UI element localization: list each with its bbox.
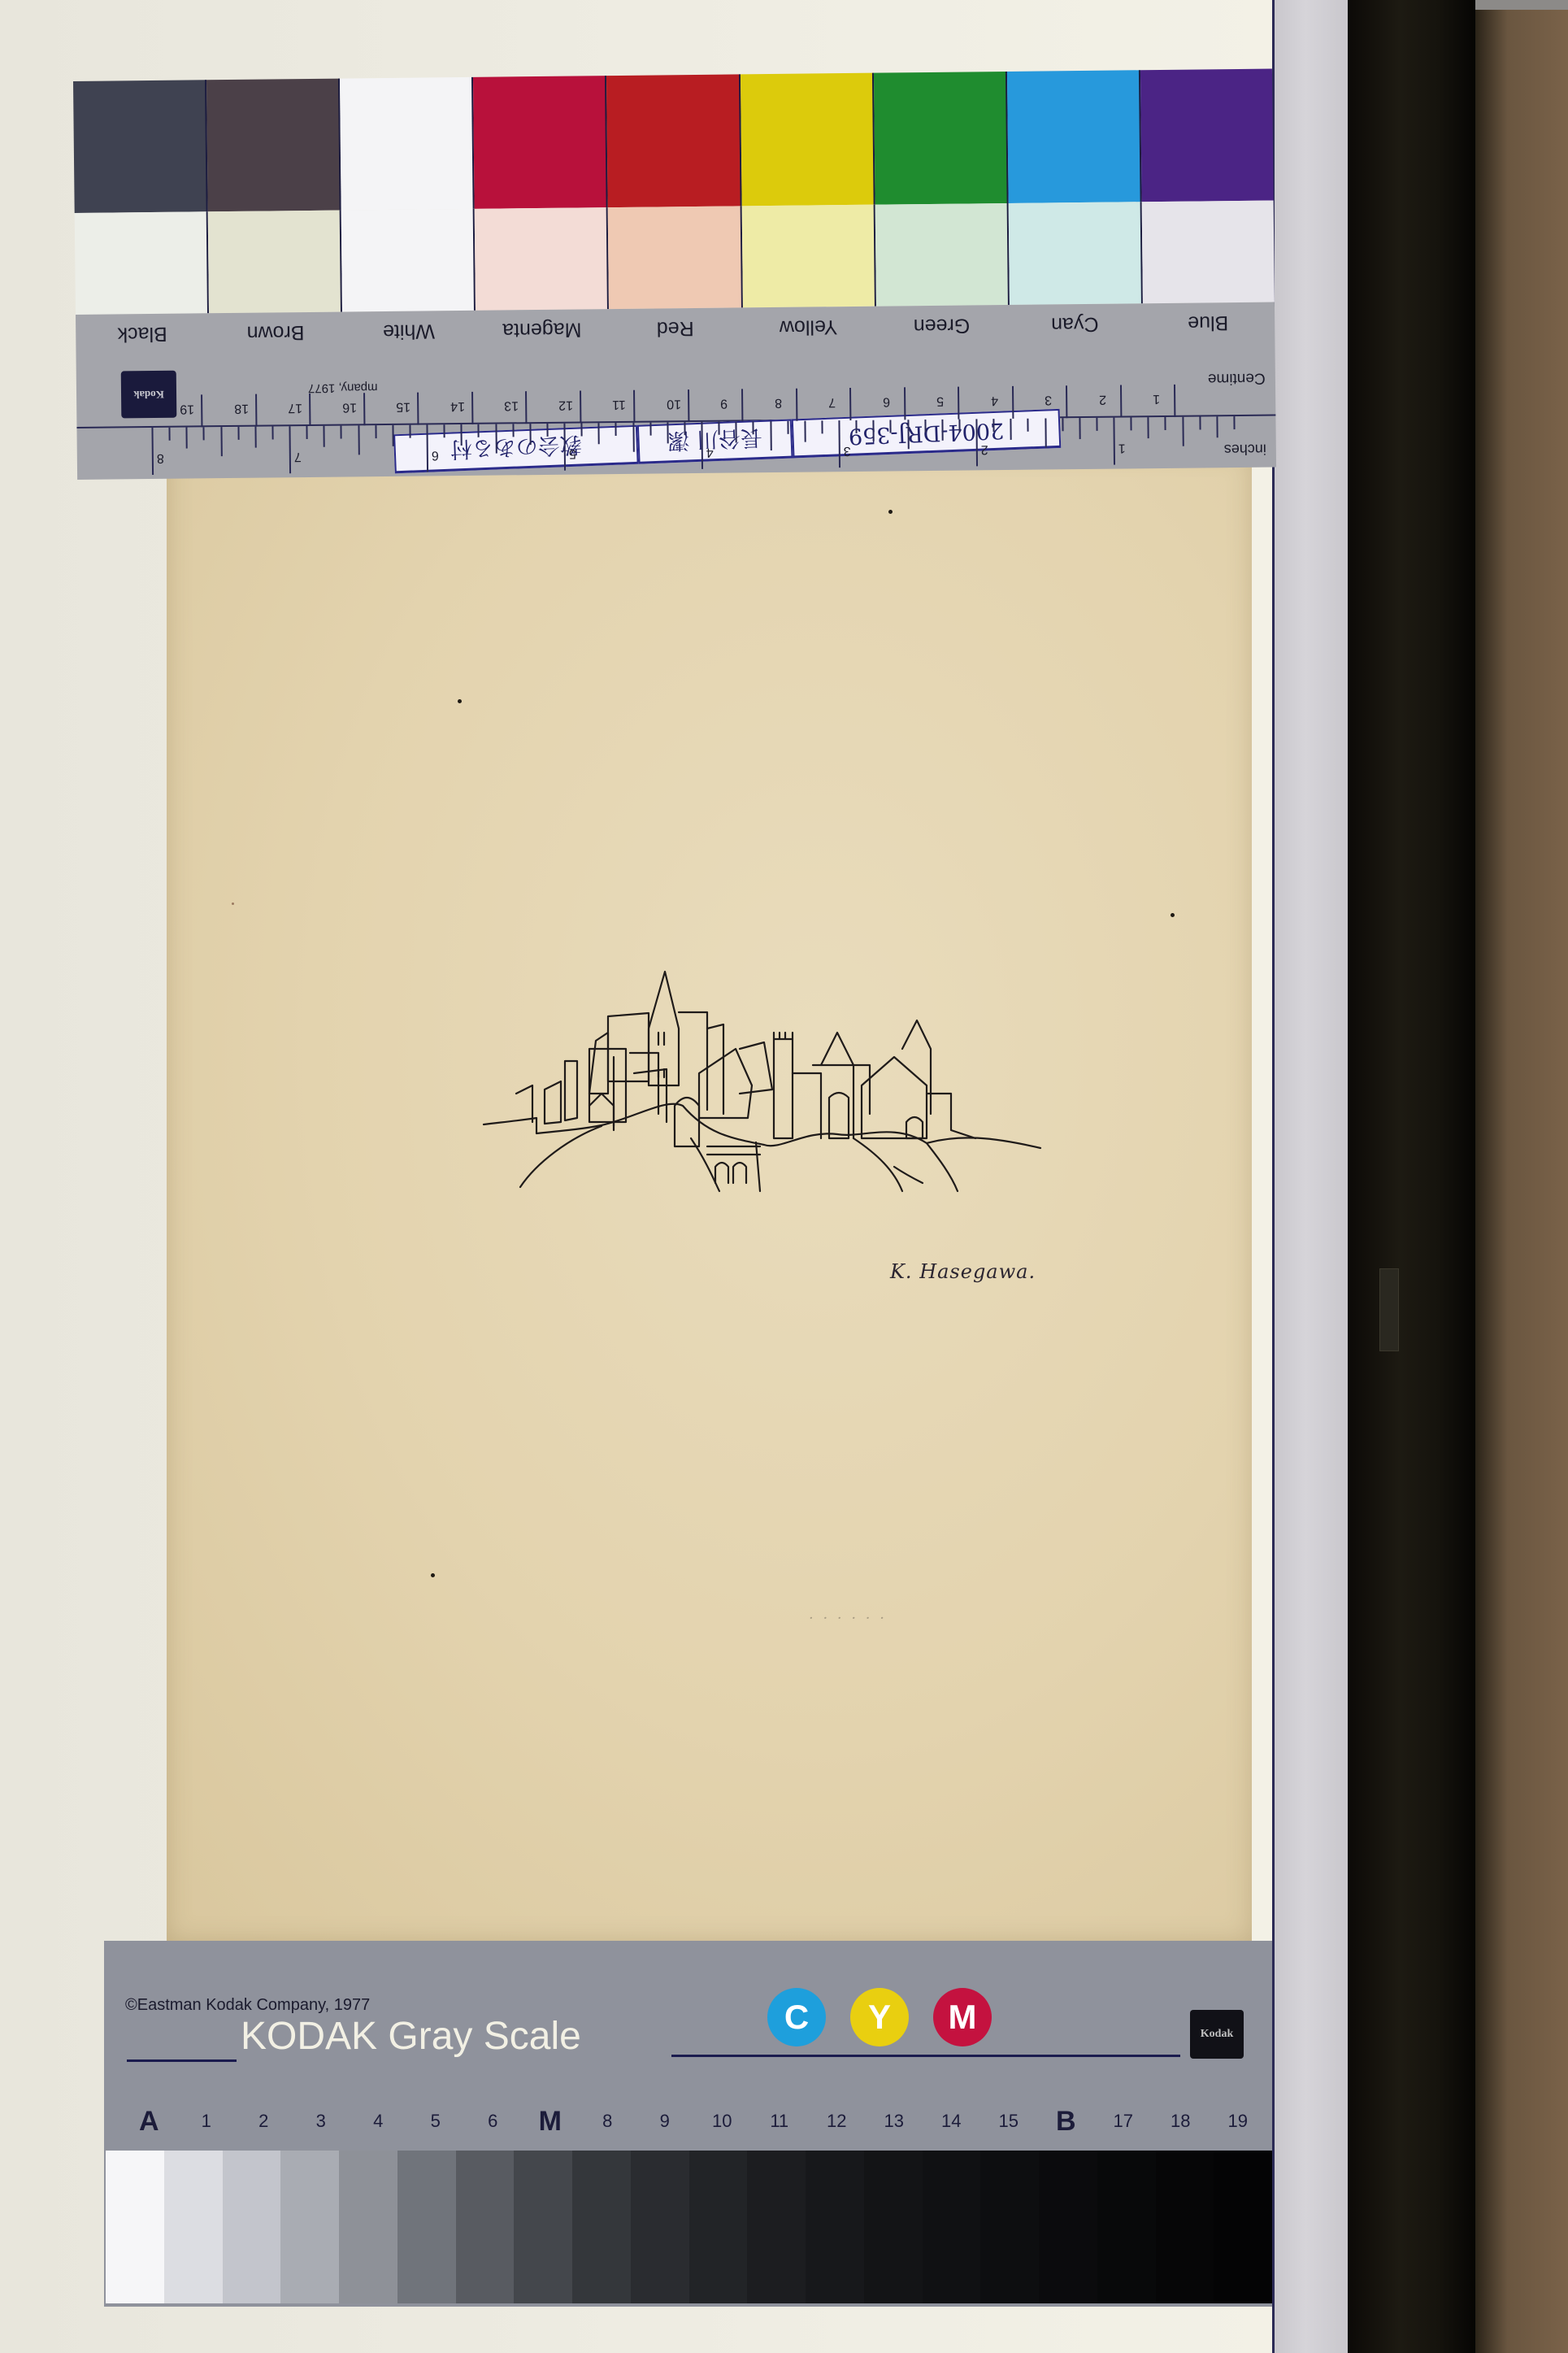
cm-tick (525, 391, 527, 424)
inch-subtick (546, 424, 548, 437)
inch-subtick (495, 424, 497, 454)
title-rule-left (127, 2059, 237, 2062)
cm-number: 1 (1153, 391, 1160, 406)
swatch-black-dark (73, 80, 208, 213)
inch-subtick (409, 425, 410, 438)
gray-step-label: 15 (980, 2103, 1038, 2139)
inches-label: inches (1224, 441, 1266, 459)
gray-step-patch (572, 2151, 631, 2303)
inch-subtick (993, 419, 995, 432)
artist-signature: K. Hasegawa. (890, 1260, 1036, 1283)
inch-subtick (341, 426, 342, 439)
tint-swatch-row (75, 201, 1275, 315)
inch-subtick (237, 427, 239, 440)
gray-scale-title: KODAK Gray Scale (241, 2014, 581, 2059)
inch-subtick (770, 421, 771, 450)
cm-tick (741, 389, 743, 421)
inch-subtick (804, 421, 806, 442)
brown-backing (1475, 0, 1568, 2353)
gray-step-patch (223, 2151, 281, 2303)
inch-subtick (358, 425, 359, 455)
inch-subtick (186, 428, 188, 449)
gray-step-label: 9 (636, 2103, 694, 2139)
inch-subtick (1045, 418, 1046, 447)
cm-tick (688, 389, 689, 422)
inch-subtick (324, 426, 325, 447)
gray-step-label: 5 (407, 2103, 465, 2139)
inch-subtick (1182, 417, 1184, 446)
inch-subtick (306, 426, 308, 439)
cm-number: 14 (450, 398, 465, 413)
label-green: Green (875, 305, 1008, 347)
inch-subtick (271, 426, 273, 439)
cm-number: 15 (396, 399, 410, 414)
inch-number: 6 (432, 447, 439, 462)
label-blue: Blue (1141, 302, 1275, 345)
company-text: mpany, 1977 (308, 381, 378, 395)
kodak-logo-icon: Kodak (121, 371, 177, 419)
cm-tick (849, 388, 851, 420)
cm-tick (1066, 385, 1067, 418)
artwork-paper: K. Hasegawa. · · · · · · (167, 451, 1252, 1942)
cm-number: 13 (504, 398, 519, 412)
inch-subtick (1096, 418, 1097, 431)
inch-tick (426, 424, 428, 472)
gray-step-patch (1097, 2151, 1156, 2303)
cm-tick (363, 393, 365, 425)
label-magenta: Magenta (476, 309, 609, 351)
cm-number: 2 (1099, 392, 1106, 407)
inch-subtick (736, 421, 737, 442)
swatch-cyan-dark (1007, 70, 1142, 203)
cm-tick (417, 393, 419, 425)
inch-number: 8 (157, 450, 164, 465)
inch-subtick (719, 422, 720, 435)
chart-label-band: Blue Cyan Green Yellow Red Magenta White… (76, 302, 1276, 480)
cm-tick (201, 394, 202, 427)
cm-number: 4 (991, 393, 998, 407)
inch-subtick (461, 424, 463, 446)
cm-number: 19 (180, 401, 194, 415)
inch-number: 7 (294, 449, 302, 463)
cm-tick (796, 389, 797, 421)
stain-speck (232, 902, 234, 905)
inch-subtick (1062, 418, 1063, 431)
label-yellow: Yellow (741, 307, 875, 349)
swatch-red-light (608, 206, 742, 309)
cm-number: 6 (883, 394, 890, 409)
inch-subtick (821, 420, 823, 433)
inch-subtick (581, 423, 583, 436)
inch-subtick (667, 422, 668, 443)
label-white: White (342, 311, 476, 353)
magenta-circle-icon: M (933, 1988, 992, 2046)
gray-step-labels: A123456M89101112131415B171819 (120, 2103, 1266, 2139)
swatch-white-light (341, 209, 476, 312)
cm-number: 16 (342, 399, 357, 414)
gray-step-patch (339, 2151, 397, 2303)
gray-steps (106, 2151, 1272, 2303)
kodak-color-control-chart: Blue Cyan Green Yellow Red Magenta White… (73, 69, 1276, 480)
cm-number: 11 (612, 397, 626, 411)
cm-number: 12 (558, 398, 573, 412)
gray-step-label: 11 (751, 2103, 809, 2139)
ink-speck (888, 510, 893, 514)
inch-number: 3 (844, 443, 851, 458)
swatch-blue-light (1141, 201, 1274, 304)
label-cyan: Cyan (1008, 303, 1141, 346)
swatch-yellow-light (741, 205, 875, 308)
gray-step-patch (806, 2151, 864, 2303)
dark-frame-edge (1348, 0, 1478, 2353)
inch-subtick (958, 420, 960, 433)
swatch-magenta-dark (473, 76, 608, 209)
cm-tick (255, 394, 257, 427)
cm-number: 8 (775, 395, 782, 410)
label-red: Red (609, 307, 742, 350)
inch-subtick (1199, 416, 1201, 429)
inch-subtick (1131, 417, 1132, 430)
cm-tick (1174, 385, 1175, 417)
gray-step-label: 13 (866, 2103, 923, 2139)
inch-subtick (787, 421, 788, 434)
title-rule-right (671, 2055, 1180, 2057)
inch-subtick (220, 427, 222, 456)
kodak-gray-scale-chart: ©Eastman Kodak Company, 1977 KODAK Gray … (104, 1941, 1272, 2307)
swatch-cyan-light (1008, 202, 1142, 305)
inch-number: 5 (569, 446, 576, 461)
cm-tick (903, 387, 905, 420)
inch-subtick (907, 420, 909, 449)
ink-speck (458, 699, 462, 703)
gray-step-label: 1 (178, 2103, 236, 2139)
inch-subtick (598, 423, 600, 444)
label-brown: Brown (209, 312, 342, 354)
gray-step-label: B (1037, 2103, 1095, 2139)
inch-subtick (1216, 416, 1218, 437)
gray-step-patch (747, 2151, 806, 2303)
gray-step-label: 14 (923, 2103, 980, 2139)
gray-step-patch (1156, 2151, 1214, 2303)
gray-step-label: M (522, 2103, 580, 2139)
inch-subtick (1079, 418, 1080, 439)
gray-step-patch (631, 2151, 689, 2303)
inch-subtick (254, 427, 256, 448)
cm-tick (580, 390, 581, 423)
inch-number: 4 (706, 445, 714, 459)
swatch-red-dark (606, 74, 741, 207)
gray-step-label: 8 (579, 2103, 636, 2139)
swatch-black-light (75, 211, 209, 315)
inch-subtick (684, 422, 685, 435)
cm-number: 9 (720, 396, 728, 411)
cm-number: 18 (234, 401, 249, 415)
inch-number: 2 (981, 441, 988, 456)
cm-tick (471, 392, 473, 424)
cm-tick (958, 387, 959, 420)
gray-step-patch (106, 2151, 164, 2303)
inch-subtick (856, 420, 858, 433)
gray-step-label: 4 (350, 2103, 407, 2139)
gray-step-patch (456, 2151, 515, 2303)
ink-speck (1171, 913, 1175, 917)
inch-subtick (1233, 416, 1235, 429)
gray-step-patch (164, 2151, 223, 2303)
inch-subtick (753, 421, 754, 434)
inch-subtick (1165, 417, 1166, 430)
inch-subtick (615, 423, 617, 436)
gray-step-label: 12 (808, 2103, 866, 2139)
swatch-brown-dark (206, 79, 341, 212)
cm-number: 3 (1045, 392, 1052, 407)
inch-subtick (392, 425, 393, 446)
cm-tick (633, 390, 635, 423)
swatch-white-dark (340, 77, 475, 211)
cm-tick (1011, 386, 1013, 419)
cm-number: 10 (667, 396, 681, 411)
inch-subtick (529, 424, 531, 445)
inch-tick (289, 426, 291, 473)
inch-number: 1 (1118, 440, 1126, 455)
cm-tick (309, 394, 311, 426)
inch-subtick (890, 420, 892, 433)
inch-subtick (375, 425, 376, 438)
saturated-swatch-row (73, 69, 1274, 213)
yellow-circle-icon: Y (850, 1988, 909, 2046)
gray-step-patch (980, 2151, 1039, 2303)
swatch-green-dark (874, 72, 1009, 205)
gray-step-patch (689, 2151, 748, 2303)
ink-speck (431, 1573, 435, 1577)
cm-number: 7 (828, 394, 836, 409)
inch-subtick (873, 420, 875, 441)
inch-tick (1113, 418, 1115, 465)
gray-step-label: 6 (464, 2103, 522, 2139)
inch-subtick (1148, 417, 1149, 438)
mount-edge-strip (1272, 0, 1352, 2353)
gray-step-patch (923, 2151, 981, 2303)
inch-subtick (941, 420, 943, 441)
swatch-magenta-light (475, 207, 609, 311)
cm-number: 5 (936, 394, 944, 408)
swatch-green-light (875, 203, 1009, 307)
gray-step-patch (514, 2151, 572, 2303)
metal-clip (1475, 0, 1568, 10)
swatch-brown-light (208, 211, 342, 314)
label-black: Black (76, 313, 209, 355)
inch-subtick (169, 428, 171, 441)
inch-subtick (632, 423, 634, 452)
inch-subtick (1010, 419, 1012, 440)
kodak-logo-icon: Kodak (1190, 2010, 1244, 2059)
gray-step-patch (1039, 2151, 1097, 2303)
swatch-blue-dark (1140, 69, 1274, 202)
inch-subtick (924, 420, 926, 433)
inch-subtick (444, 424, 445, 437)
copyright-text: ©Eastman Kodak Company, 1977 (125, 1996, 370, 2015)
centimeters-label: Centime (1208, 369, 1266, 388)
cm-number: 17 (288, 400, 302, 415)
inch-subtick (203, 427, 205, 440)
cm-tick (1119, 385, 1121, 418)
gray-step-patch (280, 2151, 339, 2303)
gray-step-patch (397, 2151, 456, 2303)
gray-step-label: 10 (693, 2103, 751, 2139)
inch-subtick (1027, 419, 1029, 432)
gray-step-patch (864, 2151, 923, 2303)
inch-subtick (478, 424, 480, 437)
gray-step-label: 19 (1210, 2103, 1267, 2139)
inch-subtick (512, 424, 514, 437)
faint-pencil-inscription: · · · · · · (809, 1610, 887, 1627)
gray-step-label: 3 (293, 2103, 350, 2139)
gray-step-patch (1214, 2151, 1272, 2303)
gray-step-label: 18 (1152, 2103, 1210, 2139)
inch-subtick (649, 423, 651, 436)
swatch-yellow-dark (741, 73, 875, 207)
village-sketch-illustration (471, 951, 1057, 1195)
inch-tick (151, 428, 154, 475)
gray-step-label: A (120, 2103, 178, 2139)
gray-step-label: 17 (1095, 2103, 1153, 2139)
cyan-circle-icon: C (767, 1988, 826, 2046)
gray-step-label: 2 (235, 2103, 293, 2139)
hinge (1379, 1268, 1399, 1351)
